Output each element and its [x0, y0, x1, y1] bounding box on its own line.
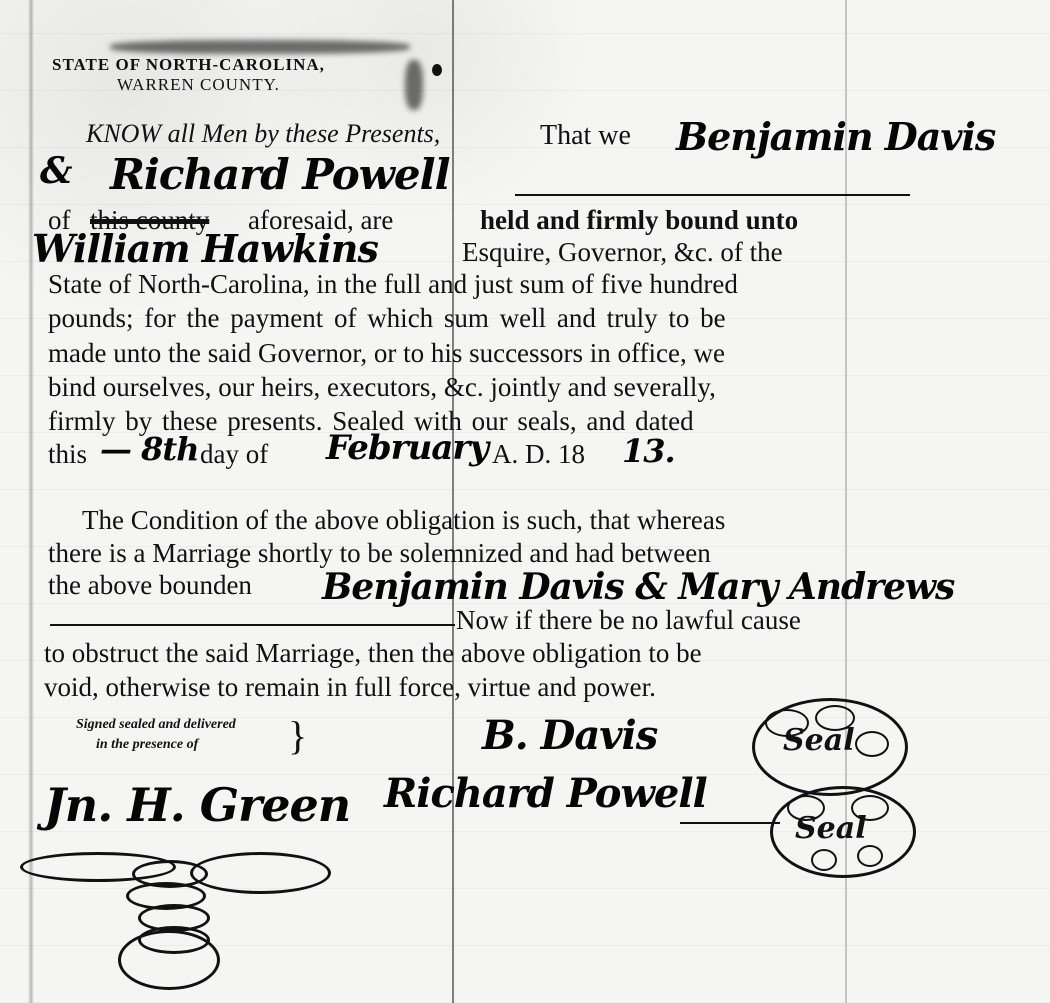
know-all-men-text: KNOW all Men by these Presents, — [86, 118, 440, 150]
bond-line-6: pounds; for the payment of which sum wel… — [48, 302, 726, 334]
condition-line-5: to obstruct the said Marriage, then the … — [44, 637, 702, 669]
seal-1-label: Seal — [783, 723, 855, 758]
condition-line-3: the above bounden — [48, 569, 252, 601]
fill-in-rule — [50, 624, 455, 626]
governor-name-handwritten: William Hawkins — [32, 226, 378, 271]
condition-line-4: Now if there be no lawful cause — [456, 604, 801, 636]
seal-ornament — [811, 849, 837, 871]
day-handwritten: — 8th — [100, 430, 198, 468]
flourish-loop — [118, 930, 220, 990]
principal-name-handwritten: Benjamin Davis — [676, 114, 995, 159]
page-edge-shadow — [28, 0, 34, 1003]
held-bound-text: held and firmly bound unto — [480, 204, 798, 236]
signature-b-davis: B. Davis — [482, 712, 657, 759]
marriage-parties-handwritten: Benjamin Davis & Mary Andrews — [322, 566, 954, 608]
ampersand-handwritten: & — [40, 150, 72, 192]
seal-1: Seal — [752, 698, 908, 796]
attestation-line-1: Signed sealed and delivered — [76, 717, 236, 733]
condition-line-2: there is a Marriage shortly to be solemn… — [48, 537, 711, 569]
ink-blot — [432, 64, 442, 76]
bond-line-5: State of North-Carolina, in the full and… — [48, 268, 738, 300]
ad-text: A. D. 18 — [492, 438, 585, 470]
this-text: this — [48, 438, 87, 470]
header-county: WARREN COUNTY. — [117, 75, 280, 95]
signature-tail-stroke — [680, 822, 780, 824]
witness-signature: Jn. H. Green — [44, 778, 350, 832]
esquire-governor-text: Esquire, Governor, &c. of the — [462, 236, 783, 268]
seal-2: Seal — [770, 786, 916, 878]
surety-name-handwritten: Richard Powell — [110, 150, 450, 199]
that-we-text: That we — [540, 120, 631, 152]
condition-line-6: void, otherwise to remain in full force,… — [44, 671, 656, 703]
seal-ornament — [857, 845, 883, 867]
signature-richard-powell: Richard Powell — [384, 770, 707, 817]
year-handwritten: 13. — [622, 432, 675, 470]
bond-line-8: bind ourselves, our heirs, executors, &c… — [48, 371, 716, 403]
header-state: STATE OF NORTH-CAROLINA, — [52, 55, 325, 75]
fold-line-center — [452, 0, 454, 1003]
seal-2-label: Seal — [795, 811, 867, 846]
month-handwritten: February — [326, 428, 488, 468]
marriage-bond-document: STATE OF NORTH-CAROLINA, WARREN COUNTY. … — [0, 0, 1050, 1003]
fill-in-rule — [515, 194, 910, 196]
ink-smudge — [110, 40, 410, 54]
attestation-line-2: in the presence of — [96, 737, 198, 753]
bond-line-7: made unto the said Governor, or to his s… — [48, 337, 725, 369]
flourish-loop — [190, 852, 331, 894]
seal-ornament — [855, 731, 889, 757]
day-of-text: day of — [200, 438, 268, 470]
ink-smudge — [405, 60, 423, 110]
condition-line-1: The Condition of the above obligation is… — [82, 504, 725, 536]
attestation-brace: } — [288, 712, 307, 759]
